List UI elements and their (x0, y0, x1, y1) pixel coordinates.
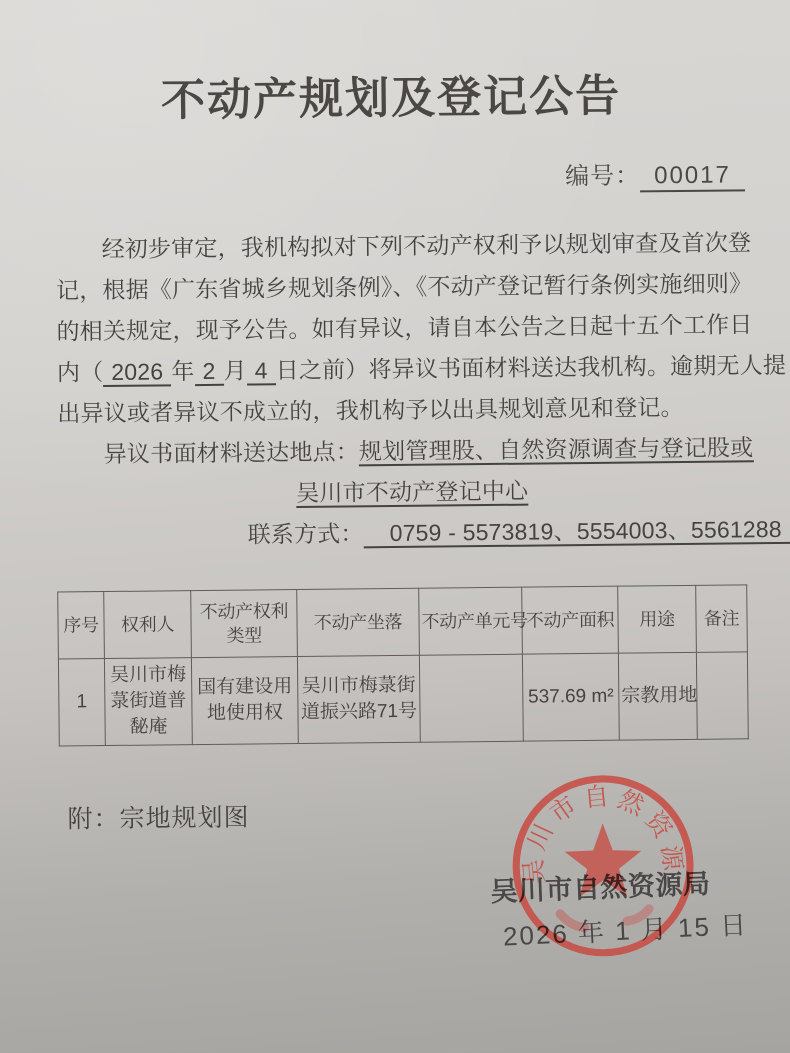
announcement-page: 不动产规划及登记公告 编号：00017 经初步审定，我机构拟对下列不动产权利予以… (0, 0, 790, 1053)
seal-smudge-right (627, 909, 649, 921)
seal-smudge-left (560, 914, 584, 928)
seal-star-icon (564, 823, 642, 897)
official-seal: 吴川市自然资源局 (506, 769, 700, 963)
signature-block: 吴川市自然资源局 2026 年 1 月 15 日 吴川市自然资源局 (0, 0, 790, 1053)
photographed-document: 不动产规划及登记公告 编号：00017 经初步审定，我机构拟对下列不动产权利予以… (0, 0, 790, 1053)
